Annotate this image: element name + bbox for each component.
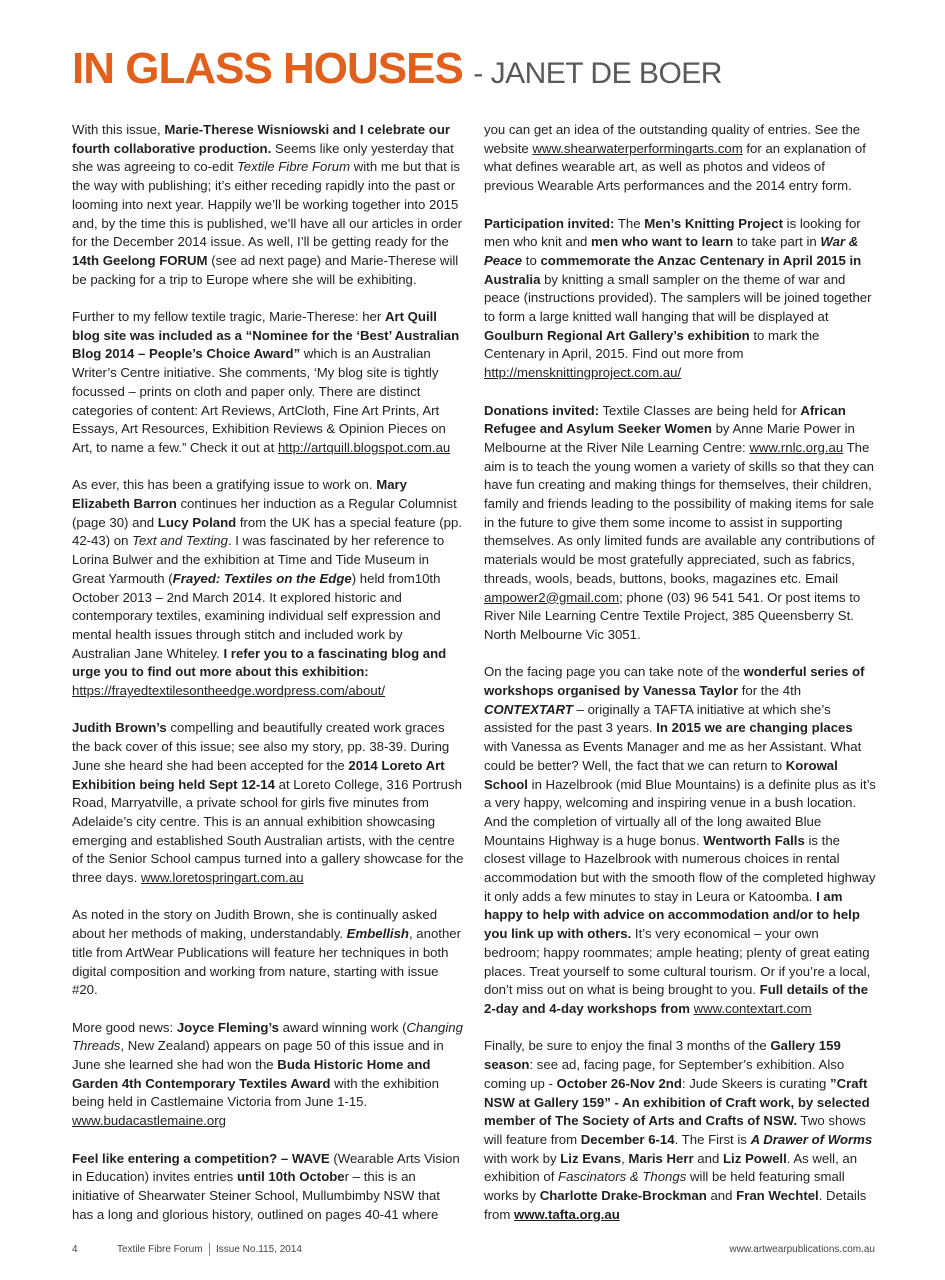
right-column: you can get an idea of the outstanding q…	[484, 121, 876, 1243]
link[interactable]: www.loretospringart.com.au	[141, 870, 304, 885]
article-heading: IN GLASS HOUSES	[72, 44, 463, 93]
issue-number: Issue No.115, 2014	[216, 1244, 302, 1255]
link[interactable]: www.rnlc.org.au	[749, 440, 843, 455]
text-run: at Loreto College, 316 Portrush Road, Ma…	[72, 777, 463, 886]
bold-text: Frayed: Textiles on the Edge	[173, 571, 352, 586]
article-byline: - JANET DE BOER	[473, 57, 722, 90]
bold-text: In 2015 we are changing places	[656, 720, 852, 735]
text-run: With this issue,	[72, 122, 164, 137]
text-run: award winning work (	[279, 1020, 407, 1035]
bold-text: Charlotte Drake-Brockman	[540, 1188, 707, 1203]
link[interactable]: www.contextart.com	[694, 1001, 812, 1016]
text-run: As ever, this has been a gratifying issu…	[72, 477, 376, 492]
link[interactable]: www.shearwaterperformingarts.com	[532, 141, 742, 156]
paragraph: As ever, this has been a gratifying issu…	[72, 476, 464, 700]
text-run: Finally, be sure to enjoy the final 3 mo…	[484, 1038, 770, 1053]
bold-text: Feel like entering a competition? – WAVE	[72, 1151, 330, 1166]
paragraph: Judith Brown’s compelling and beautifull…	[72, 719, 464, 887]
text-run: and	[694, 1151, 723, 1166]
paragraph: Participation invited: The Men’s Knittin…	[484, 215, 876, 383]
bold-text: A Drawer of Worms	[751, 1132, 873, 1147]
bold-text: until 10th Octobe	[237, 1169, 345, 1184]
link[interactable]: ampower2@gmail.com	[484, 590, 619, 605]
page-footer: 4 Textile Fibre Forum Issue No.115, 2014…	[72, 1244, 875, 1258]
bold-text: Donations invited:	[484, 403, 599, 418]
italic-text: Text and Texting	[132, 533, 228, 548]
link[interactable]: http://mensknittingproject.com.au/	[484, 365, 681, 380]
paragraph: Finally, be sure to enjoy the final 3 mo…	[484, 1037, 876, 1224]
bold-text: Joyce Fleming’s	[177, 1020, 279, 1035]
publisher-website: www.artwearpublications.com.au	[729, 1244, 875, 1255]
italic-text: Textile Fibre Forum	[237, 159, 350, 174]
text-run: : Jude Skeers is curating	[682, 1076, 830, 1091]
text-run: and	[707, 1188, 736, 1203]
paragraph: With this issue, Marie-Therese Wisniowsk…	[72, 121, 464, 289]
article-title: IN GLASS HOUSES - JANET DE BOER	[72, 44, 722, 94]
page-number: 4	[72, 1244, 78, 1255]
italic-text: Fascinators & Thongs	[558, 1169, 686, 1184]
link[interactable]: http://artquill.blogspot.com.au	[278, 440, 450, 455]
paragraph: Feel like entering a competition? – WAVE…	[72, 1150, 464, 1225]
text-run: to	[522, 253, 540, 268]
bold-text: Judith Brown’s	[72, 720, 167, 735]
bold-text: Men’s Knitting Project	[644, 216, 783, 231]
bold-text: Goulburn Regional Art Gallery’s exhibiti…	[484, 328, 750, 343]
paragraph: As noted in the story on Judith Brown, s…	[72, 906, 464, 1000]
bold-text: Maris Herr	[628, 1151, 693, 1166]
bold-text: 14th Geelong FORUM	[72, 253, 208, 268]
footer-divider	[209, 1243, 210, 1256]
bold-text: CONTEXTART	[484, 702, 573, 717]
magazine-name: Textile Fibre Forum	[117, 1244, 203, 1255]
bold-text: men who want to learn	[591, 234, 733, 249]
link[interactable]: www.tafta.org.au	[514, 1207, 620, 1222]
text-run: . The First is	[675, 1132, 751, 1147]
bold-text: Liz Powell	[723, 1151, 787, 1166]
bold-text: Liz Evans	[560, 1151, 621, 1166]
bold-text: Embellish	[347, 926, 409, 941]
bold-text: Participation invited:	[484, 216, 614, 231]
text-run: with work by	[484, 1151, 560, 1166]
link[interactable]: https://frayedtextilesontheedge.wordpres…	[72, 683, 385, 698]
text-run: to take part in	[733, 234, 820, 249]
text-run: Further to my fellow textile tragic, Mar…	[72, 309, 385, 324]
text-run: which is an Australian Writer’s Centre i…	[72, 346, 446, 455]
bold-text: December 6-14	[581, 1132, 675, 1147]
paragraph: you can get an idea of the outstanding q…	[484, 121, 876, 196]
text-run: The	[614, 216, 644, 231]
paragraph: Donations invited: Textile Classes are b…	[484, 402, 876, 645]
bold-text: Fran Wechtel	[736, 1188, 819, 1203]
text-run: by knitting a small sampler on the theme…	[484, 272, 872, 324]
bold-text: Wentworth Falls	[703, 833, 805, 848]
text-run: for the 4th	[738, 683, 801, 698]
text-run: The aim is to teach the young women a va…	[484, 440, 875, 586]
bold-text: October 26-Nov 2nd	[557, 1076, 682, 1091]
text-run: More good news:	[72, 1020, 177, 1035]
left-column: With this issue, Marie-Therese Wisniowsk…	[72, 121, 464, 1243]
text-run: On the facing page you can take note of …	[484, 664, 744, 679]
bold-text: Lucy Poland	[158, 515, 236, 530]
paragraph: More good news: Joyce Fleming’s award wi…	[72, 1019, 464, 1131]
paragraph: Further to my fellow textile tragic, Mar…	[72, 308, 464, 458]
text-run: Textile Classes are being held for	[599, 403, 800, 418]
link[interactable]: www.budacastlemaine.org	[72, 1113, 226, 1128]
paragraph: On the facing page you can take note of …	[484, 663, 876, 1018]
